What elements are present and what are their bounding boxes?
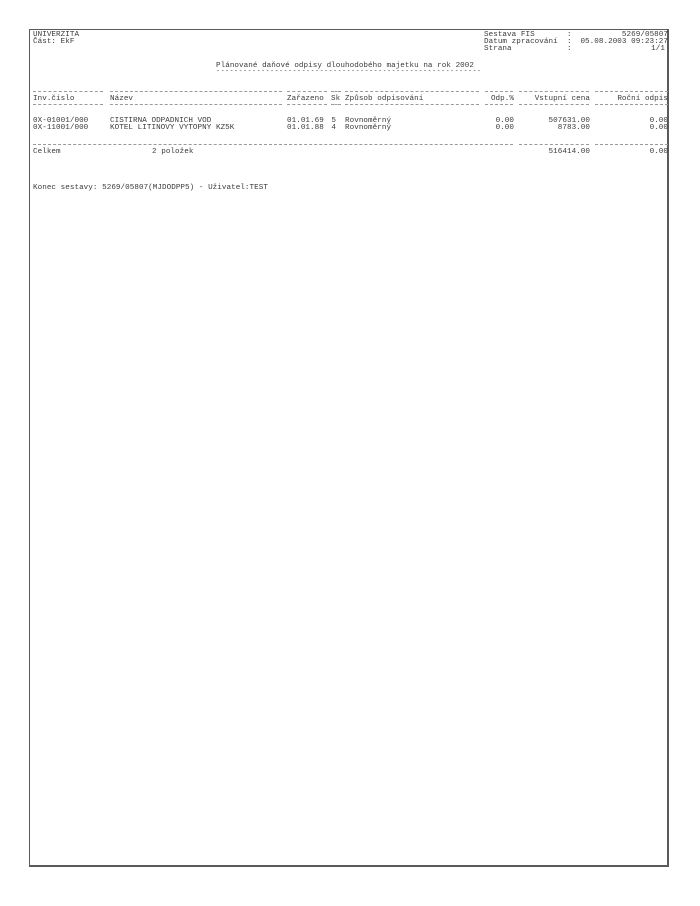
cell-zpusob: Rovnoměrný [345, 124, 391, 132]
col-nazev: Název [110, 95, 133, 103]
col-sk: Sk [331, 95, 340, 103]
col-vstupni-cena: Vstupní cena [515, 95, 590, 103]
col-zarazeno: Zařazeno [287, 95, 324, 103]
report-title: Plánované daňové odpisy dlouhodobého maj… [216, 62, 474, 70]
cell-vstupni-cena: 8783.00 [515, 124, 590, 132]
page-separator: : [567, 45, 572, 53]
cell-inv-cislo: 0X-11001/000 [33, 124, 88, 132]
col-inv-cislo: Inv.číslo [33, 95, 74, 103]
cell-zarazeno: 01.01.88 [287, 124, 324, 132]
cell-rocni-odpis: 0.00 [595, 124, 668, 132]
page-number: 1/1 [620, 45, 665, 53]
report-footer: Konec sestavy: 5269/05807(MJDODPP5) - Už… [33, 184, 268, 192]
cell-sk: 4 [326, 124, 336, 132]
total-vstupni-cena: 516414.00 [515, 148, 590, 156]
total-label: Celkem [33, 148, 61, 156]
title-underline: ****************************************… [216, 70, 486, 76]
col-rocni-odpis: Roční odpis [595, 95, 668, 103]
col-zpusob: Způsob odpisování [345, 95, 423, 103]
total-count: 2 položek [152, 148, 193, 156]
total-rocni-odpis: 0.00 [595, 148, 668, 156]
page-label: Strana [484, 45, 512, 53]
col-odp: Odp.% [480, 95, 514, 103]
organization-part: Část: EkF [33, 38, 74, 46]
cell-odp: 0.00 [480, 124, 514, 132]
cell-nazev: KOTEL LITINOVY VYTOPNY KZ5K [110, 124, 234, 132]
